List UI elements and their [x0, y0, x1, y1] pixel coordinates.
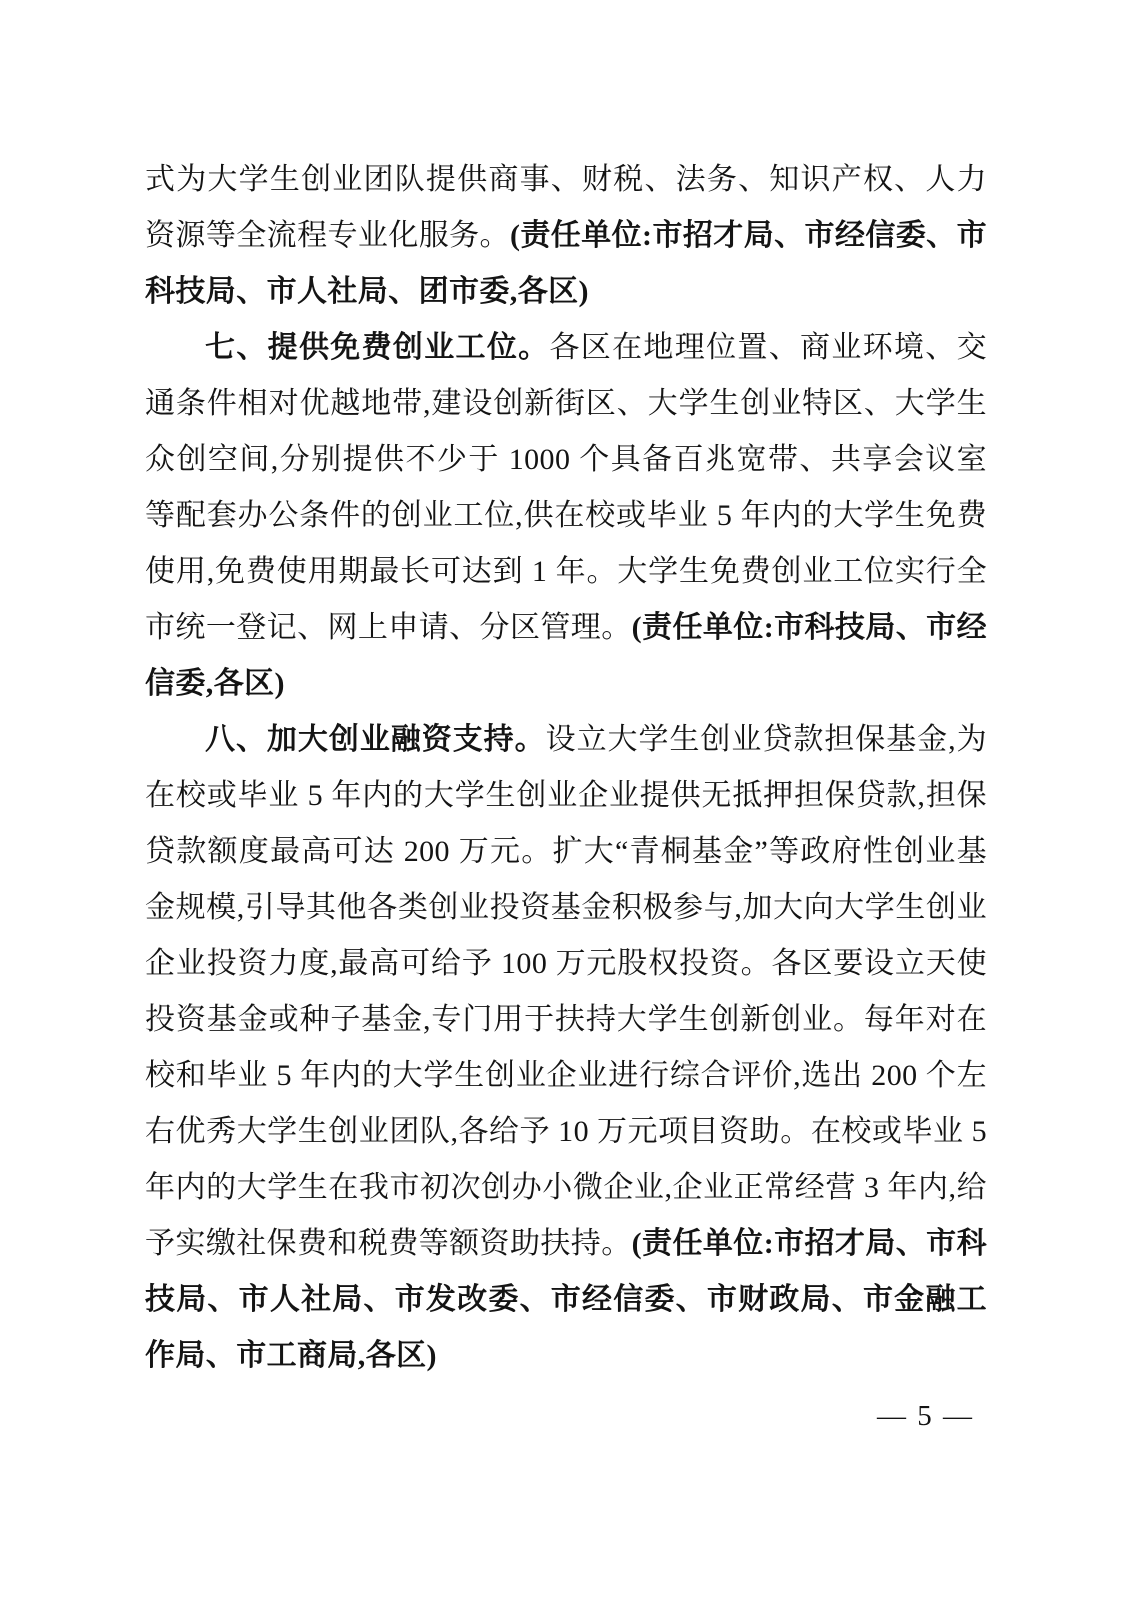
document-page: 式为大学生创业团队提供商事、财税、法务、知识产权、人力资源等全流程专业化服务。(… [0, 0, 1130, 1600]
document-body: 式为大学生创业团队提供商事、财税、法务、知识产权、人力资源等全流程专业化服务。(… [145, 152, 987, 1384]
paragraph: 七、提供免费创业工位。各区在地理位置、商业环境、交通条件相对优越地带,建设创新街… [145, 320, 987, 712]
section-heading: 八、加大创业融资支持。 [205, 723, 546, 756]
section-heading: 七、提供免费创业工位。 [205, 331, 549, 364]
paragraph: 式为大学生创业团队提供商事、财税、法务、知识产权、人力资源等全流程专业化服务。(… [145, 152, 987, 320]
text-segment: 设立大学生创业贷款担保基金,为在校或毕业 5 年内的大学生创业企业提供无抵押担保… [145, 723, 987, 1260]
text-segment: 各区在地理位置、商业环境、交通条件相对优越地带,建设创新街区、大学生创业特区、大… [145, 331, 987, 644]
page-number: — 5 — [877, 1398, 974, 1434]
paragraph: 八、加大创业融资支持。设立大学生创业贷款担保基金,为在校或毕业 5 年内的大学生… [145, 712, 987, 1384]
